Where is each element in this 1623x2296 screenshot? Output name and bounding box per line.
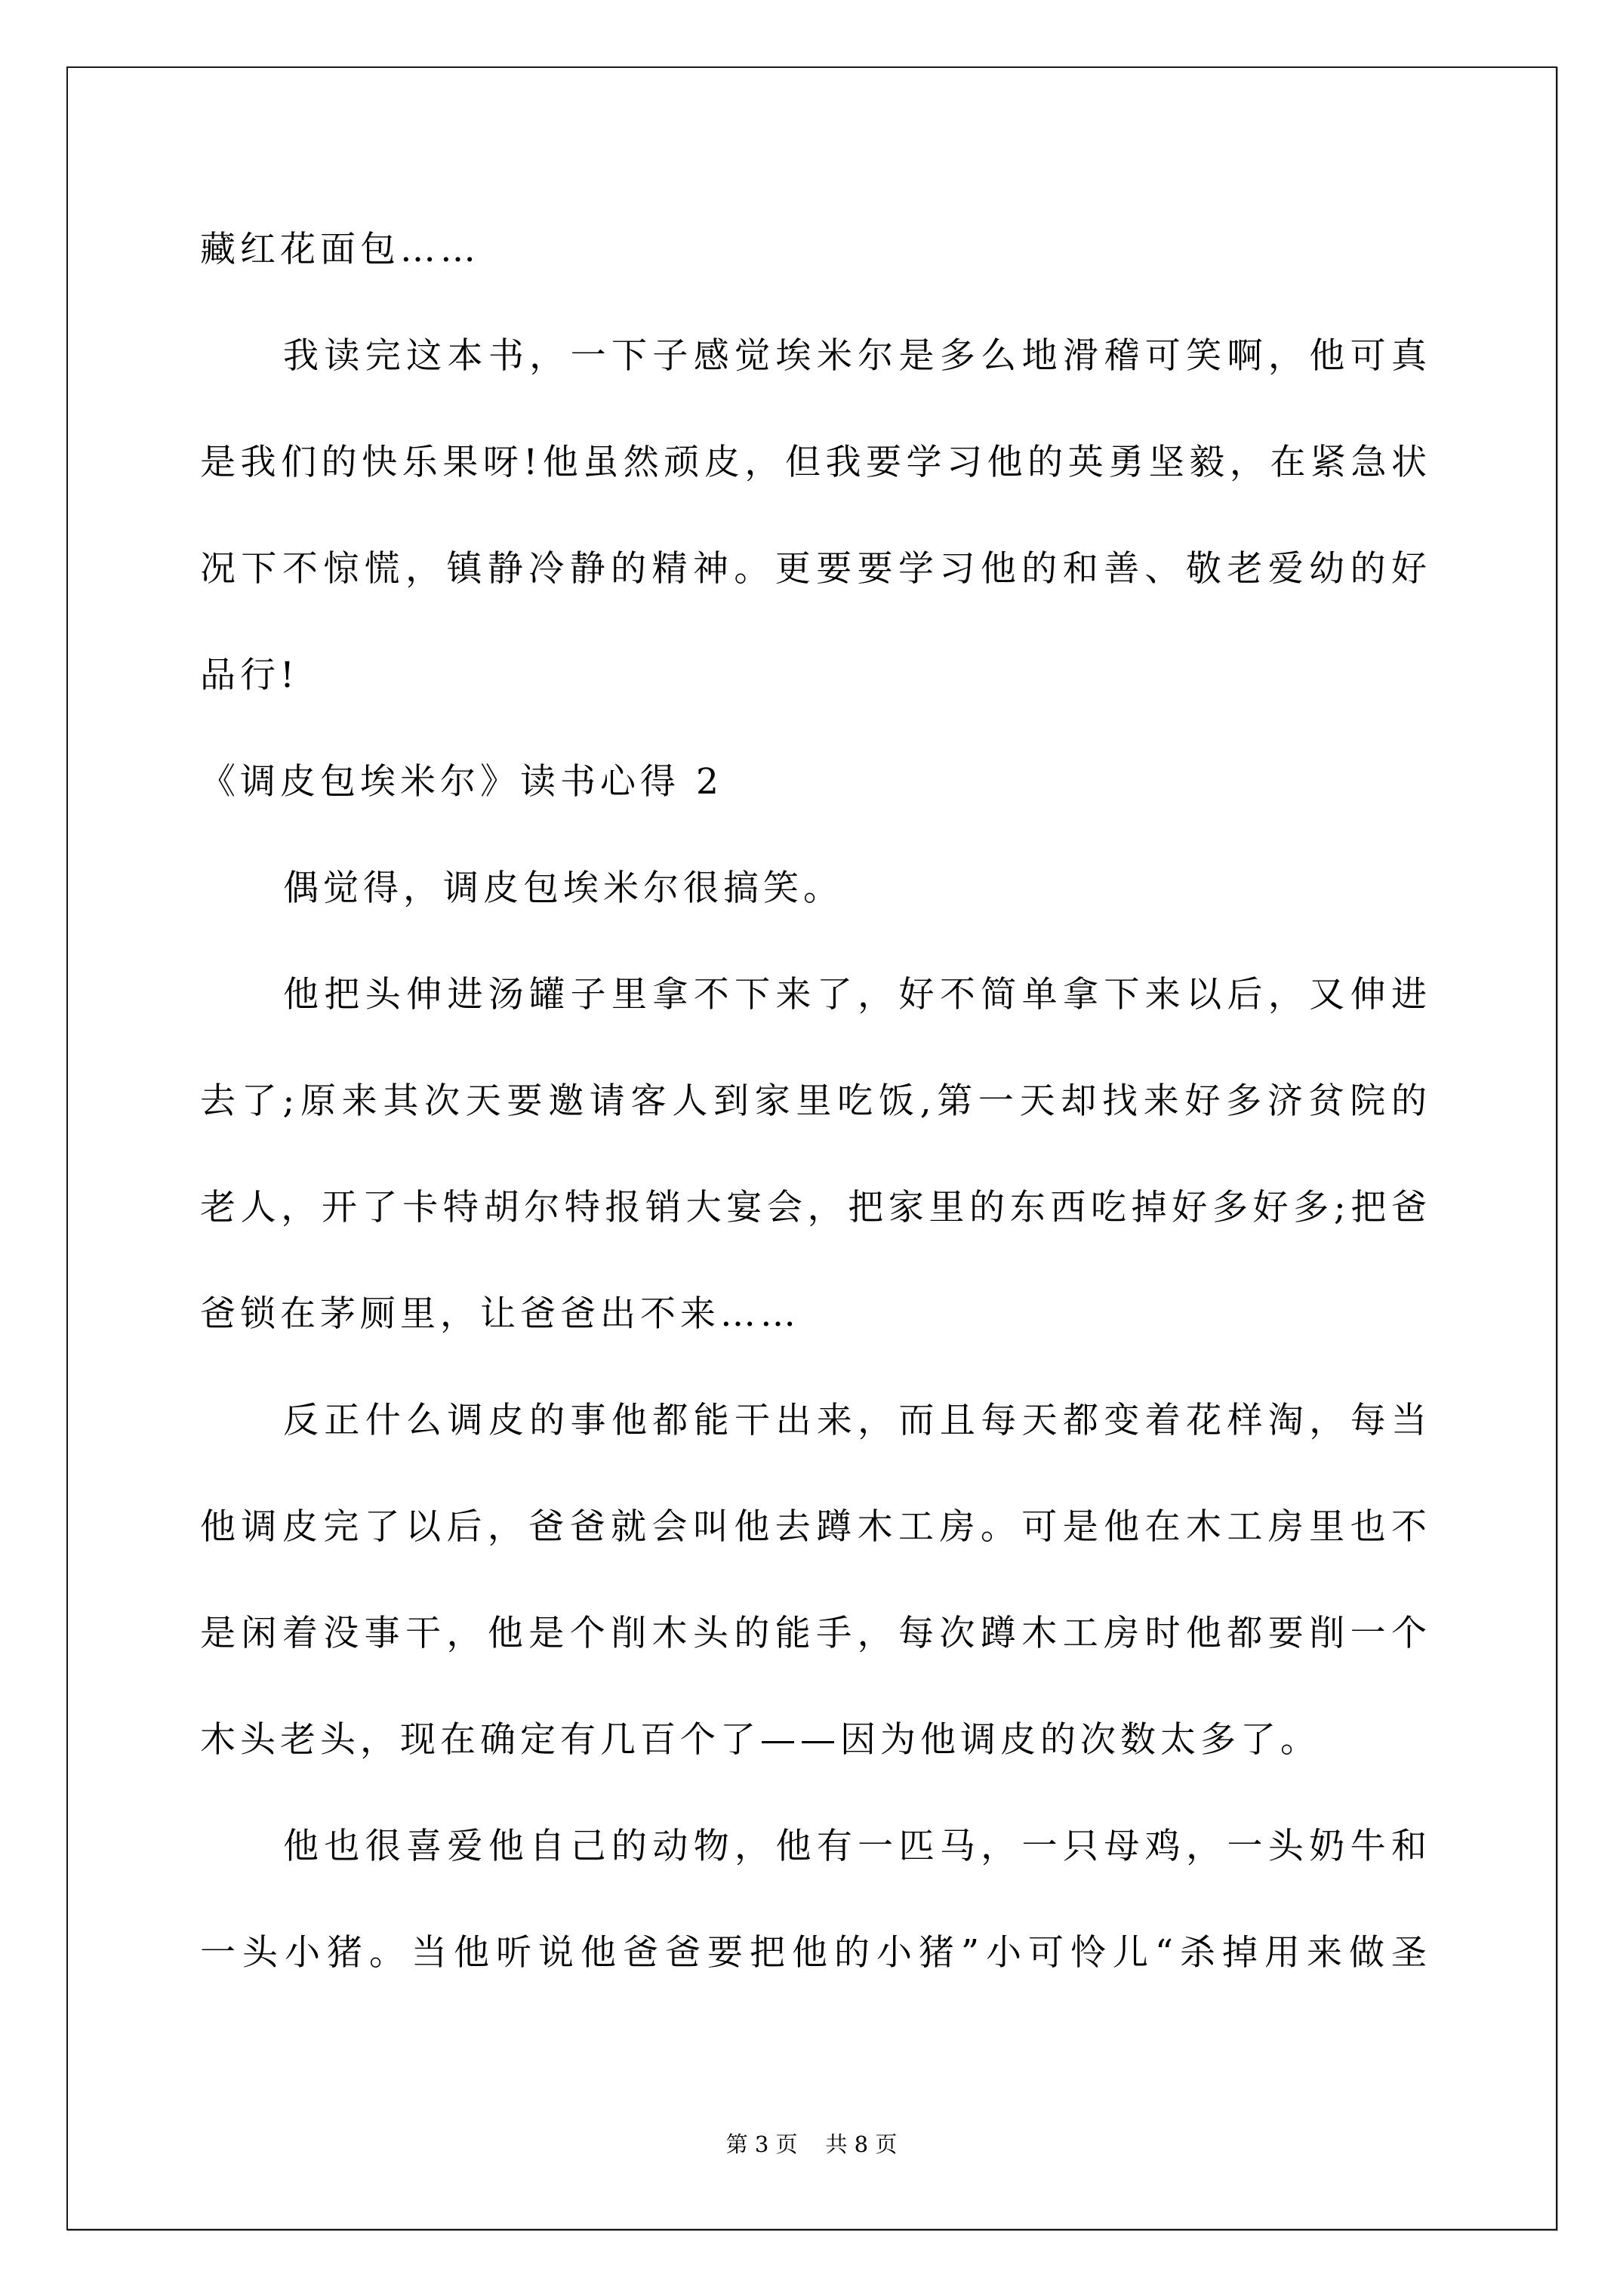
total-pages-label: 共 8 页: [825, 2131, 897, 2157]
text-line: 木头老头，现在确定有几百个了——因为他调皮的次数太多了。: [200, 1718, 1320, 1763]
footer-spacer: [798, 2131, 826, 2157]
text-line-paragraph-start: 他也很喜爱他自己的动物，他有一匹马，一只母鸡，一头奶牛和: [283, 1824, 1427, 1869]
text-line-continuation: 藏红花面包……: [200, 227, 480, 273]
page-footer: 第 3 页 共 8 页: [0, 2129, 1623, 2159]
section-heading: 《调皮包埃米尔》读书心得 2: [200, 760, 723, 805]
text-line: 品行!: [200, 653, 299, 698]
text-line-paragraph-start: 偶觉得，调皮包埃米尔很搞笑。: [283, 866, 843, 911]
text-line: 老人，开了卡特胡尔特报销大宴会，把家里的东西吃掉好多好多;把爸: [200, 1185, 1427, 1231]
page-number-label: 第 3 页: [726, 2131, 798, 2157]
text-line: 爸锁在茅厕里，让爸爸出不来……: [200, 1292, 800, 1337]
text-line: 去了;原来其次天要邀请客人到家里吃饭,第一天却找来好多济贫院的: [200, 1079, 1427, 1124]
text-line: 一头小猪。当他听说他爸爸要把他的小猪”小可怜儿“杀掉用来做圣: [200, 1931, 1427, 1976]
text-line: 是我们的快乐果呀!他虽然顽皮，但我要学习他的英勇坚毅，在紧急状: [200, 440, 1427, 485]
text-line-paragraph-start: 他把头伸进汤罐子里拿不下来了，好不简单拿下来以后，又伸进: [283, 972, 1427, 1018]
text-line: 况下不惊慌，镇静冷静的精神。更要要学习他的和善、敬老爱幼的好: [200, 547, 1427, 592]
text-line: 是闲着没事干，他是个削木头的能手，每次蹲木工房时他都要削一个: [200, 1611, 1427, 1657]
text-line-paragraph-start: 反正什么调皮的事他都能干出来，而且每天都变着花样淘，每当: [283, 1398, 1427, 1444]
text-line-paragraph-start: 我读完这本书，一下子感觉埃米尔是多么地滑稽可笑啊，他可真: [283, 334, 1427, 379]
page-border-frame: [66, 66, 1557, 2230]
text-line: 他调皮完了以后，爸爸就会叫他去蹲木工房。可是他在木工房里也不: [200, 1505, 1427, 1550]
